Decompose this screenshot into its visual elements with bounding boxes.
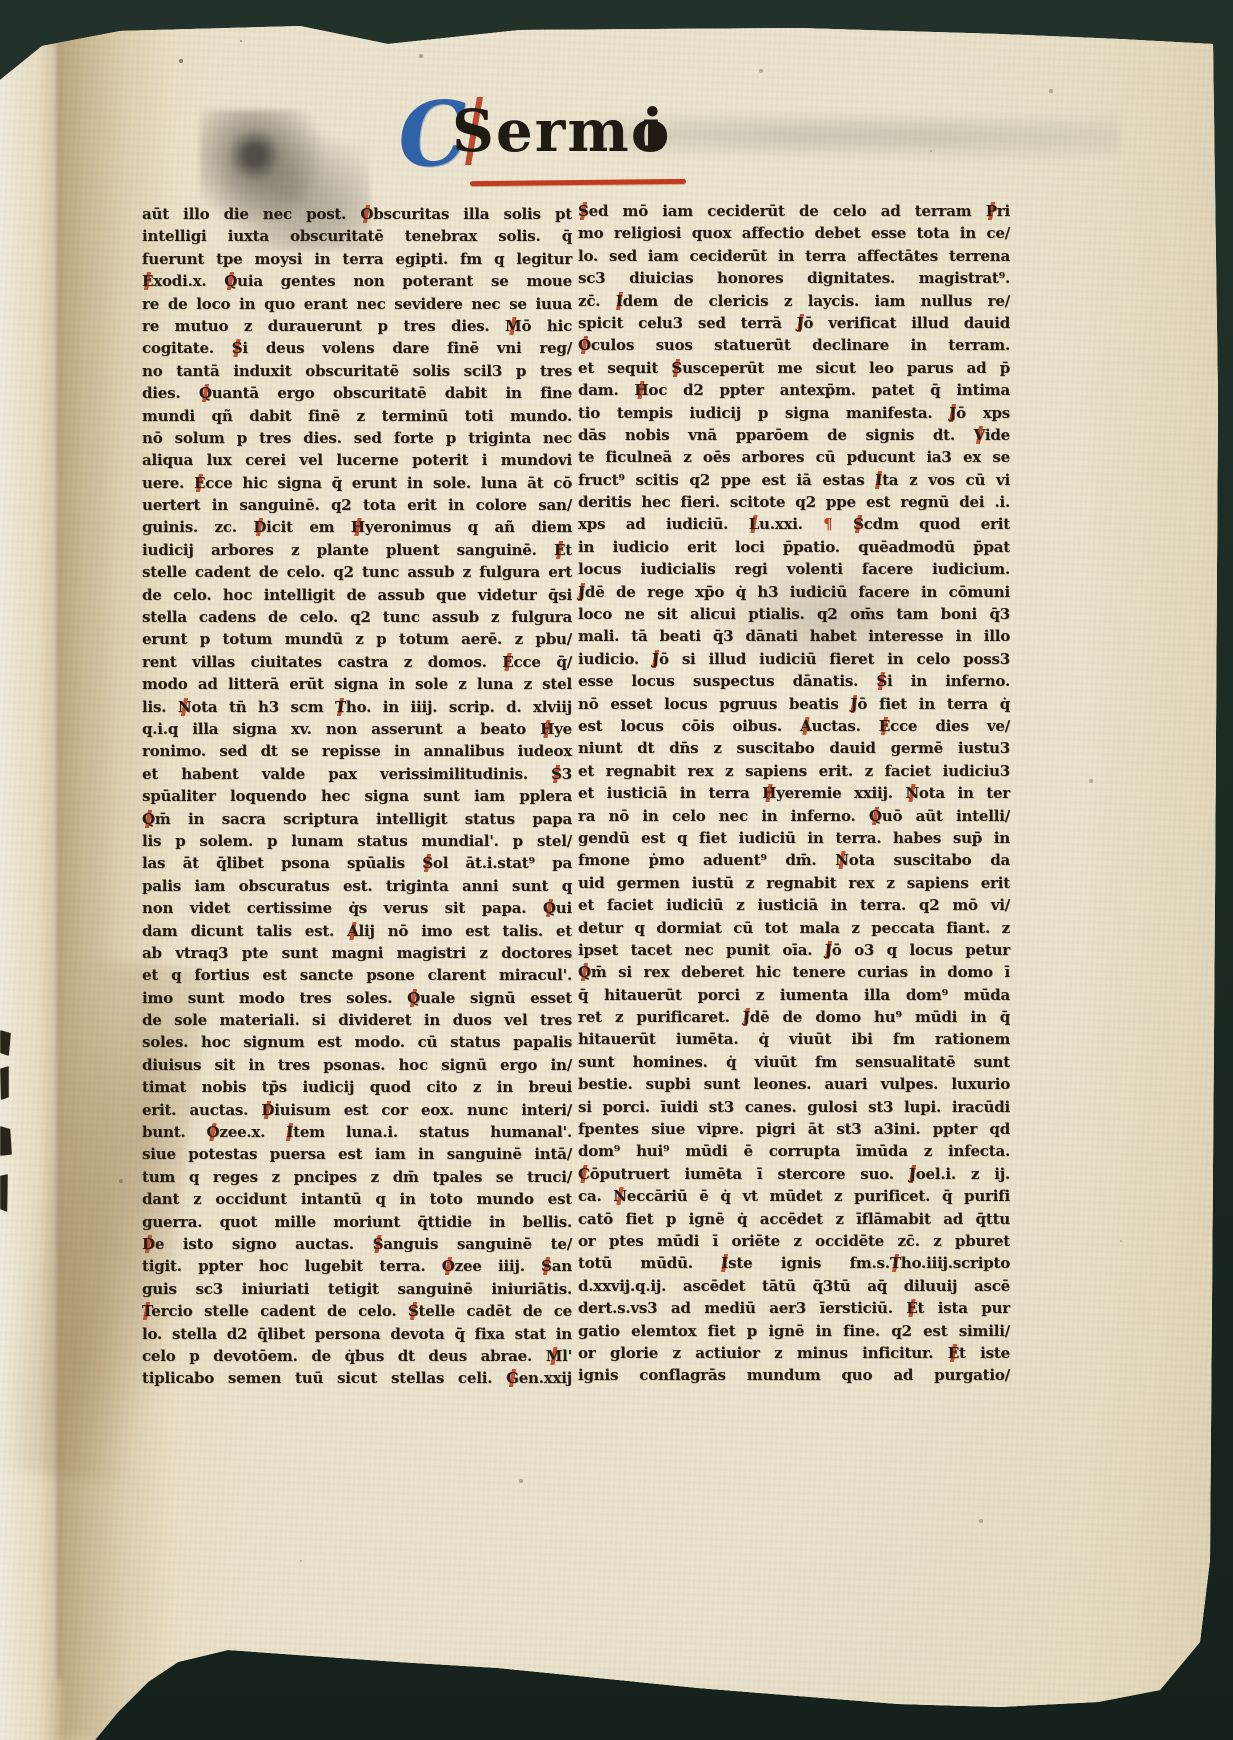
text-line: or ptes mūdi ī oriēte z occidēte zc̄. z … <box>578 1230 1010 1252</box>
text-line: fpentes siue vipre. pigri āt st3 a3ini. … <box>578 1118 1010 1140</box>
text-line: uid germen iustū z regnabit rex z sapien… <box>578 872 1010 894</box>
ink-fragment <box>0 1030 11 1056</box>
text-line: et iusticiā in terra Hyeremie xxiij. Not… <box>578 782 1010 804</box>
text-line: et habent valde pax verissimilitudinis. … <box>142 763 572 785</box>
text-line: te ficulneā z oēs arbores cū pducunt ia3… <box>578 446 1010 468</box>
text-line: ronimo. sed dt se repisse in annalibus i… <box>142 740 572 762</box>
text-line: celo p devotōem. de q̇bus dt deus abrae.… <box>142 1345 572 1367</box>
text-line: re de loco in quo erant nec sevidere nec… <box>142 293 572 315</box>
text-line: fruct⁹ scitis q2 ppe est iā estas Ita z … <box>578 469 1010 491</box>
text-line: non videt certissime q̇s verus sit papa.… <box>142 897 572 919</box>
text-line: ignis conflagrās mundum quo ad purgatio/ <box>578 1364 1010 1386</box>
text-line: stella cadens de celo. q2 tunc assub z f… <box>142 606 572 628</box>
text-line: si porci. īuidi st3 canes. gulosi st3 lu… <box>578 1096 1010 1118</box>
text-line: fmone ṗmo aduent⁹ dm̄. Nota suscitabo da <box>578 849 1010 871</box>
text-line: spūaliter loquendo hec signa sunt iam pp… <box>142 785 572 807</box>
text-line: siue potestas puersa est iam in sanguinē… <box>142 1143 572 1165</box>
text-line: locus iudicialis regi volenti facere iud… <box>578 558 1010 580</box>
text-line: Sed mō iam ceciderūt de celo ad terram P… <box>578 200 1010 222</box>
text-line: las āt q̄libet psona spūalis Sol āt.i.st… <box>142 852 572 874</box>
text-line: iudicio. Jō si illud iudiciū fieret in c… <box>578 648 1010 670</box>
text-line: mundi qñ dabit finē z terminū toti mundo… <box>142 405 572 427</box>
sermon-number: i <box>642 102 663 158</box>
text-line: et sequit Susceperūt me sicut leo parus … <box>578 357 1010 379</box>
text-line: or glorie z actiuior z minus inficitur. … <box>578 1342 1010 1364</box>
text-line: lo. stella d2 q̄libet persona devota q̄ … <box>142 1323 572 1345</box>
text-line: bestie. supbi sunt leones. auari vulpes.… <box>578 1073 1010 1095</box>
text-line: ret z purificaret. Jdē de domo hu⁹ mūdi … <box>578 1006 1010 1028</box>
text-line: sc3 diuicias honores dignitates. magistr… <box>578 267 1010 289</box>
text-line: guerra. quot mille moriunt q̄ttidie in b… <box>142 1211 572 1233</box>
ink-fragment <box>0 1066 9 1100</box>
text-line: uertert in sanguinē. q2 tota erit in col… <box>142 494 572 516</box>
text-line: aūt illo die nec post. Obscuritas illa s… <box>142 203 572 225</box>
text-line: no tantā induxit obscuritatē solis scil3… <box>142 360 572 382</box>
text-line: nō esset locus pgruus beatis Jō fiet in … <box>578 693 1010 715</box>
text-line: imo sunt modo tres soles. Quale signū es… <box>142 987 572 1009</box>
text-line: Exodi.x. Quia gentes non poterant se mou… <box>142 270 572 292</box>
text-line: d.xxvij.q.ij. ascēdet tātū q̄3tū aq̄ dil… <box>578 1275 1010 1297</box>
text-line: dam dicunt talis est. Alij nō imo est ta… <box>142 920 572 942</box>
text-line: Cōputruert iumēta ī stercore suo. Joel.i… <box>578 1163 1010 1185</box>
text-line: iudicij arbores z plante pluent sanguinē… <box>142 539 572 561</box>
text-line: ipset tacet nec punit oīa. Jō o3 q locus… <box>578 939 1010 961</box>
text-line: intelligi iuxta obscuritatē tenebrax sol… <box>142 225 572 247</box>
text-line: spicit celu3 sed terrā Jō verificat illu… <box>578 312 1010 334</box>
text-line: dam. Hoc d2 ppter antexp̄m. patet q̄ int… <box>578 379 1010 401</box>
text-line: q̄ hitauerūt porci z iumenta illa dom⁹ m… <box>578 984 1010 1006</box>
text-line: erunt p totum mundū z p totum aerē. z pb… <box>142 628 572 650</box>
text-line: q.i.q illa signa xv. non asserunt a beat… <box>142 718 572 740</box>
text-line: Oculos suos statuerūt declinare in terra… <box>578 334 1010 356</box>
text-line: cogitate. Si deus volens dare finē vni r… <box>142 337 572 359</box>
text-line: hitauerūt iumēta. q̇ viuūt ibi fm ration… <box>578 1028 1010 1050</box>
text-line: guis sc3 iniuriati tetigit sanguinē iniu… <box>142 1278 572 1300</box>
text-line: ra nō in celo nec in inferno. Quō aūt in… <box>578 805 1010 827</box>
text-line: De isto signo auctas. Sanguis sanguinē t… <box>142 1233 572 1255</box>
page-header: C Sermo i <box>0 96 1233 206</box>
text-line: Jdē de rege xp̄o q̇ h3 iudiciū facere in… <box>578 581 1010 603</box>
text-line: lis. Nota tn̄ h3 scm Tho. in iiij. scrip… <box>142 696 572 718</box>
text-line: tigit. ppter hoc lugebit terra. Ozee iii… <box>142 1255 572 1277</box>
text-line: dies. Quantā ergo obscuritatē dabit in f… <box>142 382 572 404</box>
text-line: fuerunt tpe moysi in terra egipti. fm q … <box>142 248 572 270</box>
text-line: palis iam obscuratus est. triginta anni … <box>142 875 572 897</box>
book-scan: C Sermo i aūt illo die nec post. Obscuri… <box>0 0 1233 1740</box>
text-line: Tercio stelle cadent de celo. Stelle cad… <box>142 1300 572 1322</box>
text-line: tiplicabo semen tuū sicut stellas celi. … <box>142 1367 572 1389</box>
text-line: re mutuo z durauerunt p tres dies. Mō hi… <box>142 315 572 337</box>
text-line: dās nobis vnā pparōem de signis dt. Vide <box>578 424 1010 446</box>
text-column-right: Sed mō iam ceciderūt de celo ad terram P… <box>578 200 1010 1387</box>
text-line: niunt dt dn̄s z suscitabo dauid germē iu… <box>578 737 1010 759</box>
text-line: ca. Neccāriū ē q̇ vt mūdet z purificet. … <box>578 1185 1010 1207</box>
text-line: timat nobis tp̄s iudicij quod cito z in … <box>142 1076 572 1098</box>
text-line: et faciet iudiciū z iusticiā in terra. q… <box>578 894 1010 916</box>
text-line: detur q dormiat cū tot mala z peccata fi… <box>578 917 1010 939</box>
text-line: erit. auctas. Diuisum est cor eox. nunc … <box>142 1099 572 1121</box>
text-line: zc̄. Idem de clericis z laycis. iam null… <box>578 290 1010 312</box>
text-line: lis p solem. p lunam status mundial'. p … <box>142 830 572 852</box>
text-line: tio tempis iudicij p signa manifesta. Jō… <box>578 402 1010 424</box>
text-line: dert.s.vs3 ad mediū aer3 īersticiū. Et i… <box>578 1297 1010 1319</box>
text-line: bunt. Ozee.x. Item luna.i. status humana… <box>142 1121 572 1143</box>
text-line: esse locus suspectus dānatis. Si in infe… <box>578 670 1010 692</box>
text-line: et regnabit rex z sapiens erit. z faciet… <box>578 760 1010 782</box>
text-line: guinis. zc. Dicit em Hyeronimus q añ die… <box>142 516 572 538</box>
text-line: ab vtraq3 pte sunt magni magistri z doct… <box>142 942 572 964</box>
text-line: Qm̄ in sacra scriptura intelligit status… <box>142 808 572 830</box>
text-line: deritis hec fieri. scitote q2 ppe est re… <box>578 491 1010 513</box>
text-line: Qm̄ si rex deberet hic tenere curias in … <box>578 961 1010 983</box>
text-line: de celo. hoc intelligit de assub que vid… <box>142 584 572 606</box>
text-line: mo religiosi quox affectio debet esse to… <box>578 222 1010 244</box>
text-line: uere. Ecce hic signa q̄ erunt in sole. l… <box>142 472 572 494</box>
rubric-underline <box>470 179 686 186</box>
text-line: xps ad iudiciū. Lu.xxi. ¶ Scdm quod erit <box>578 513 1010 535</box>
text-line: soles. hoc signum est modo. cū status pa… <box>142 1031 572 1053</box>
text-line: diuisus sit in tres psonas. hoc signū er… <box>142 1054 572 1076</box>
text-line: gendū est q fiet iudiciū in terra. habes… <box>578 827 1010 849</box>
text-line: dant z occidunt intantū q in toto mundo … <box>142 1188 572 1210</box>
text-line: nō solum p tres dies. sed forte p trigin… <box>142 427 572 449</box>
text-line: in iudicio erit loci p̄patio. quēadmodū … <box>578 536 1010 558</box>
text-line: stelle cadent de celo. q2 tunc assub z f… <box>142 561 572 583</box>
text-line: loco ne sit alicui ptialis. q2 om̄s tam … <box>578 603 1010 625</box>
text-line: gatio elemtox fiet p ignē in fine. q2 es… <box>578 1320 1010 1342</box>
text-line: rent villas ciuitates castra z domos. Ec… <box>142 651 572 673</box>
text-line: et q fortius est sancte psone clarent mi… <box>142 964 572 986</box>
facing-page-ink-fragments <box>0 1030 16 1290</box>
text-line: est locus cōis oibus. Auctas. Ecce dies … <box>578 715 1010 737</box>
text-line: modo ad litterā erūt signa in sole z lun… <box>142 673 572 695</box>
text-column-left: aūt illo die nec post. Obscuritas illa s… <box>142 203 572 1390</box>
text-line: de sole materiali. si divideret in duos … <box>142 1009 572 1031</box>
bleedthrough-ghost <box>600 104 1120 168</box>
text-line: dom⁹ hui⁹ mūdi ē corrupta īmūda z infect… <box>578 1140 1010 1162</box>
page-title: Sermo <box>452 102 671 160</box>
page-paper: C Sermo i aūt illo die nec post. Obscuri… <box>0 0 1233 1740</box>
ink-fragment <box>0 1174 8 1212</box>
text-line: aliqua lux cerei vel lucerne poterit i m… <box>142 449 572 471</box>
text-line: sunt homines. q̇ viuūt fm sensualitatē s… <box>578 1051 1010 1073</box>
text-line: mali. tā beati q̄3 dānati habet interess… <box>578 625 1010 647</box>
text-line: tum q reges z pncipes z dm̄ tpales se tr… <box>142 1166 572 1188</box>
paper-speckles <box>0 0 2 2</box>
text-line: catō fiet p ignē q̇ accēdet z īflāmabit … <box>578 1208 1010 1230</box>
ink-fragment <box>0 1126 12 1156</box>
text-line: lo. sed iam ceciderūt in terra affectāte… <box>578 245 1010 267</box>
text-line: totū mūdū. Iste ignis fm.s.Tho.iiij.scri… <box>578 1252 1010 1274</box>
